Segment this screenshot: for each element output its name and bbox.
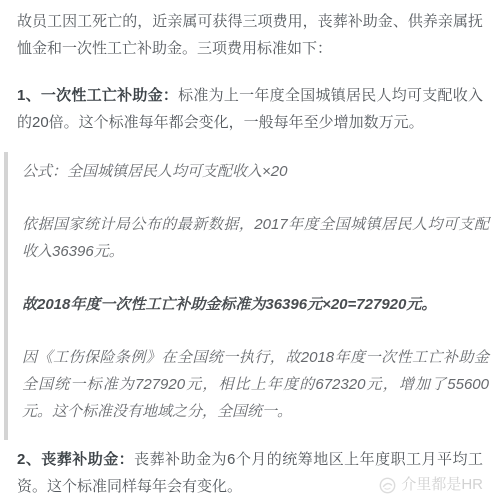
article-page: 故员工因工死亡的，近亲属可获得三项费用，丧葬补助金、供养亲属抚恤金和一次性工亡补…	[0, 0, 493, 503]
section-1-label: 1、一次性工亡补助金：	[17, 87, 178, 104]
quote-data-basis-line: 依据国家统计局公布的最新数据，2017年度全国城镇居民人均可支配收入36396元…	[22, 211, 489, 265]
section-2-label: 2、丧葬补助金：	[17, 451, 134, 468]
watermark-logo-icon	[379, 477, 396, 494]
watermark: 介里都是HR	[379, 476, 483, 494]
formula-blockquote: 公式：全国城镇居民人均可支配收入×20 依据国家统计局公布的最新数据，2017年…	[4, 152, 493, 440]
watermark-text: 介里都是HR	[401, 476, 483, 494]
quote-formula-line: 公式：全国城镇居民人均可支配收入×20	[22, 158, 489, 185]
section-1-paragraph: 1、一次性工亡补助金：标准为上一年度全国城镇居民人均可支配收入的20倍。这个标准…	[0, 82, 493, 136]
quote-note-line: 因《工伤保险条例》在全国统一执行，故2018年度一次性工亡补助金全国统一标准为7…	[22, 344, 489, 425]
quote-conclusion-line: 故2018年度一次性工亡补助金标准为36396元×20=727920元。	[22, 291, 489, 318]
intro-paragraph: 故员工因工死亡的，近亲属可获得三项费用，丧葬补助金、供养亲属抚恤金和一次性工亡补…	[0, 8, 493, 62]
